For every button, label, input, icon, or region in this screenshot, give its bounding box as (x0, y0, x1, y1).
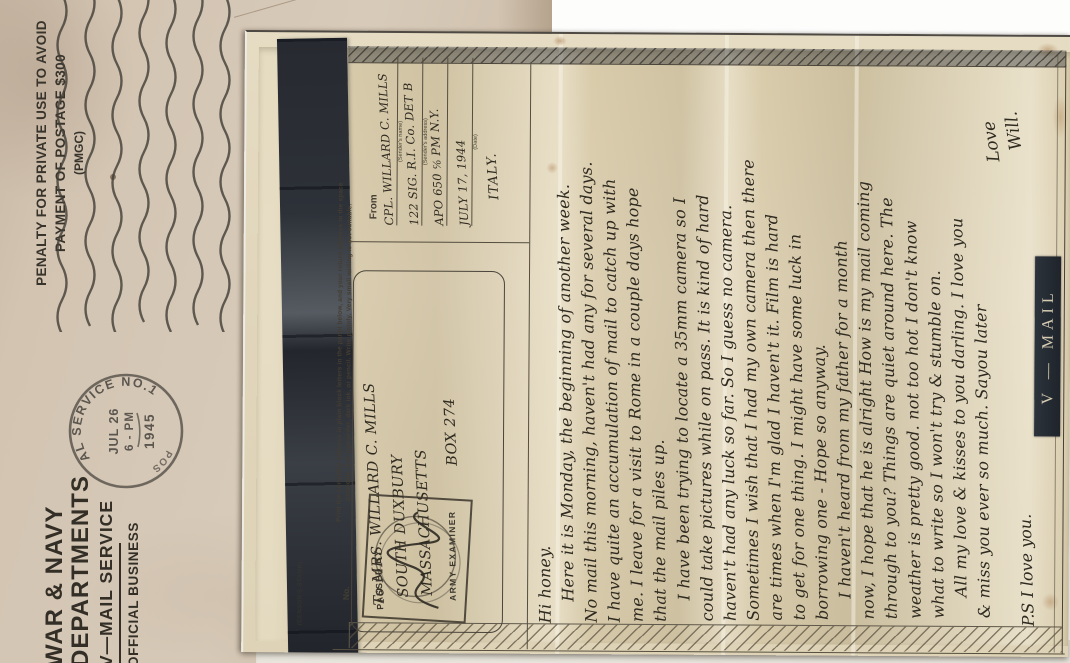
passed-by-text: PASSED BY (372, 549, 385, 610)
message-body: Hi honey. Here it is Monday, the beginni… (527, 58, 995, 623)
from-address-panel: From CPL. WILLARD C. MILLS (Sender's nam… (368, 57, 498, 226)
censor-stamp-caption: (CENSOR'S STAMP) (297, 552, 308, 634)
army-examiner-text: ARMY EXAMINER (447, 511, 458, 601)
svg-text:POS: POS (149, 448, 174, 474)
vmail-logo: V — MAIL (1034, 256, 1061, 436)
postmark-time: 6 - PM (124, 411, 136, 451)
panel-divider-line (349, 241, 529, 243)
signature-closing: Love (979, 120, 1004, 163)
postmark-arc-bottom: POS (149, 448, 174, 474)
postmark-date: JUL 26 (107, 408, 121, 455)
scanned-vmail-cover: PENALTY FOR PRIVATE USE TO AVOID PAYMENT… (0, 0, 1070, 663)
postscript: P.S I love you. (1016, 514, 1038, 627)
censor-stamp-graphic: PASSED BY ARMY EXAMINER (364, 498, 469, 622)
envelope-fold-crease (234, 0, 338, 18)
sender-location: ITALY. (478, 58, 502, 201)
postmark-stamp: AL SERVICE NO.1 POS JUL 26 6 - PM 1945 (66, 371, 186, 491)
postmark-year: 1945 (142, 413, 157, 449)
from-field-row: JULY 17, 1944 (Date) (456, 58, 480, 226)
underline-rule (119, 543, 121, 663)
department-line: WAR & NAVY (42, 437, 68, 663)
vmail-form: Print the complete address in plain bloc… (333, 47, 1069, 654)
stain (553, 36, 567, 46)
cancellation-wavy-lines-icon (52, 0, 237, 332)
form-number-label: No. (341, 586, 351, 600)
vmail-photo: (CENSOR'S STAMP) Print the complete addr… (241, 30, 1070, 657)
censor-stamp: PASSED BY ARMY EXAMINER (362, 494, 473, 624)
envelope-corner-shade (498, 0, 552, 36)
penalty-line: PENALTY FOR PRIVATE USE TO AVOID (32, 8, 51, 298)
signature-name: Will. (1001, 110, 1026, 151)
from-fields: CPL. WILLARD C. MILLS (Sender's name) 12… (381, 57, 480, 226)
to-address-line: BOX 274 (437, 382, 465, 466)
